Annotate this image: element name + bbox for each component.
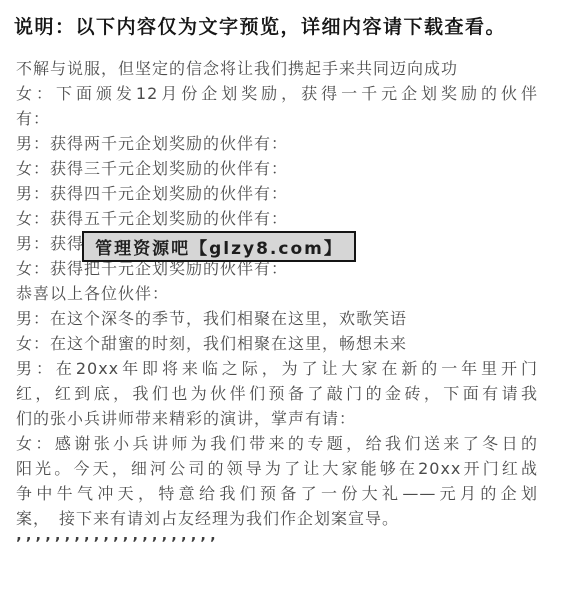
document-line: 女：在这个甜蜜的时刻，我们相聚在这里，畅想未来 (16, 331, 538, 356)
watermark-badge: 管理资源吧【glzy8.com】 (82, 231, 356, 262)
document-line: 女：获得五千元企划奖励的伙伴有： (16, 206, 538, 231)
document-line: 们的张小兵讲师带来精彩的演讲，掌声有请： (16, 406, 538, 431)
document-line: 女：获得三千元企划奖励的伙伴有： (16, 156, 538, 181)
document-line: 男：在20xx年即将来临之际，为了让大家在新的一年里开门 (16, 356, 538, 381)
document-line: 不解与说服，但坚定的信念将让我们携起手来共同迈向成功 (16, 56, 538, 81)
document-line: 有： (16, 106, 538, 131)
document-line: 男：获得两千元企划奖励的伙伴有： (16, 131, 538, 156)
document-line: 女：感谢张小兵讲师为我们带来的专题，给我们送来了冬日的 (16, 431, 538, 456)
document-line: 男：获得四千元企划奖励的伙伴有： (16, 181, 538, 206)
document-line: 案， 接下来有请刘占友经理为我们作企划案宣导。 (16, 506, 538, 531)
document-ellipsis-line: ’’’’’’’’’’’’’’’’’’’’’ (16, 531, 538, 556)
document-line: 阳光。今天，细河公司的领导为了让大家能够在20xx开门红战 (16, 456, 538, 481)
document-line: 恭喜以上各位伙伴： (16, 281, 538, 306)
document-body: 不解与说服，但坚定的信念将让我们携起手来共同迈向成功 女：下面颁发12月份企划奖… (16, 56, 538, 556)
document-line: 红，红到底，我们也为伙伴们预备了敲门的金砖，下面有请我 (16, 381, 538, 406)
preview-page: 说明：以下内容仅为文字预览，详细内容请下载查看。 不解与说服，但坚定的信念将让我… (0, 0, 578, 600)
document-line: 争中牛气冲天，特意给我们预备了一份大礼——元月的企划 (16, 481, 538, 506)
document-line: 女：下面颁发12月份企划奖励，获得一千元企划奖励的伙伴 (16, 81, 538, 106)
document-line: 男：在这个深冬的季节，我们相聚在这里，欢歌笑语 (16, 306, 538, 331)
preview-notice: 说明：以下内容仅为文字预览，详细内容请下载查看。 (14, 14, 566, 40)
